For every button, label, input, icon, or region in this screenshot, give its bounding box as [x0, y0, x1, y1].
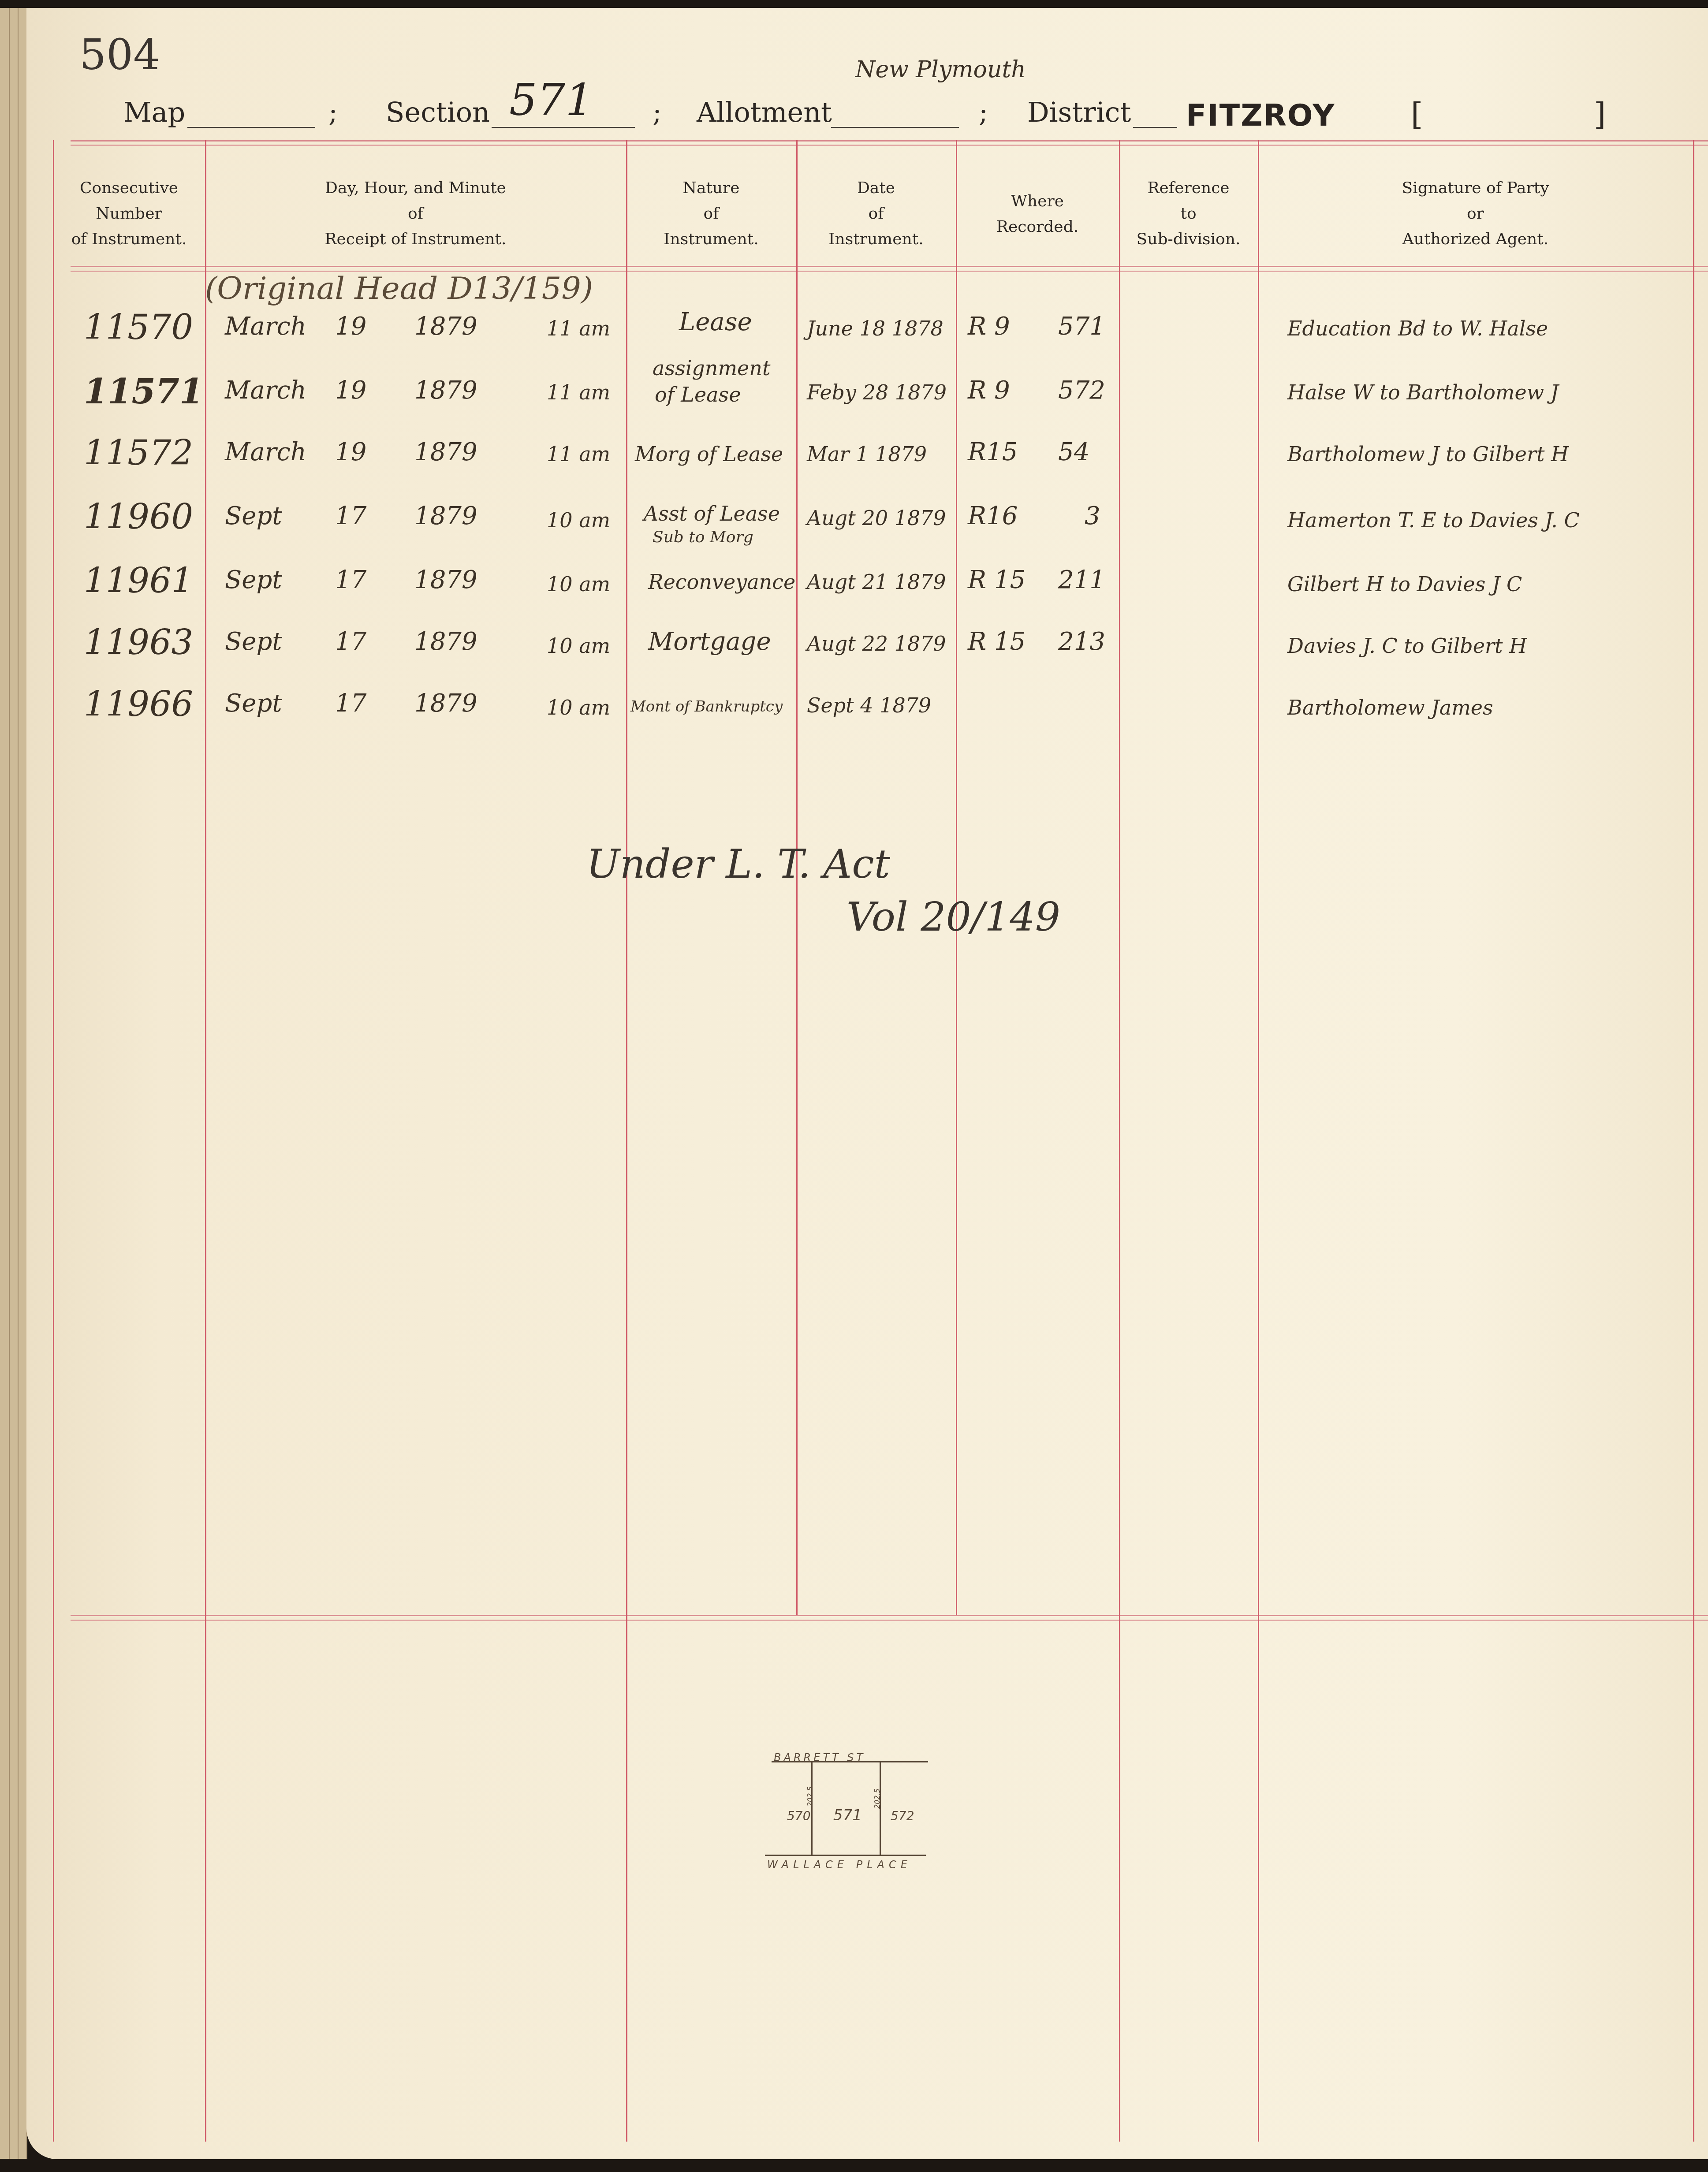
instrument-date: Mar 1 1879	[807, 442, 927, 466]
receipt-time: 11 am	[547, 380, 610, 404]
book-page-edge	[0, 8, 10, 2159]
signature: Halse W to Bartholomew J	[1287, 380, 1559, 404]
section-field[interactable]	[492, 127, 635, 128]
receipt-year: 1879	[414, 502, 477, 530]
receipt-day: 19	[335, 438, 366, 466]
signature: Bartholomew James	[1287, 696, 1493, 719]
receipt-year: 1879	[414, 689, 477, 718]
annotation-act: Under L. T. Act	[586, 841, 890, 887]
receipt-time: 10 am	[547, 572, 610, 596]
folio: 572	[1058, 376, 1105, 405]
book-page-edge	[10, 8, 19, 2159]
receipt-month: Sept	[225, 689, 282, 718]
lot-boundary-left	[811, 1761, 813, 1855]
column-rule	[1258, 140, 1259, 2142]
instrument-number: 11571	[84, 372, 203, 412]
page-number: 504	[79, 30, 160, 79]
nature: Asst of Lease	[644, 502, 780, 525]
receipt-month: March	[225, 312, 306, 341]
signature: Bartholomew J to Gilbert H	[1287, 442, 1569, 466]
signature: Hamerton T. E to Davies J. C	[1287, 508, 1580, 532]
instrument-date: Sept 4 1879	[807, 693, 931, 717]
instrument-number: 11570	[84, 308, 193, 347]
separator: ;	[328, 96, 338, 128]
column-rule	[205, 140, 206, 2142]
receipt-time: 10 am	[547, 696, 610, 719]
column-header-date: Date of Instrument.	[796, 175, 956, 252]
header-top-rule	[71, 140, 1708, 142]
bracket-close: ]	[1594, 96, 1606, 132]
receipt-time: 10 am	[547, 508, 610, 532]
folio: 571	[1058, 312, 1105, 341]
section-value: 571	[509, 74, 593, 126]
column-header-nature: Nature of Instrument.	[626, 175, 796, 252]
receipt-time: 11 am	[547, 442, 610, 466]
receipt-month: Sept	[225, 566, 282, 594]
allotment-note: New Plymouth	[855, 56, 1026, 83]
instrument-number: 11961	[84, 561, 193, 601]
column-header-reference: Reference to Sub-division.	[1119, 175, 1258, 252]
register: R 9	[968, 376, 1010, 405]
receipt-month: Sept	[225, 502, 282, 530]
instrument-date: Feby 28 1879	[807, 380, 947, 404]
column-rule	[626, 140, 627, 2142]
receipt-day: 17	[335, 689, 366, 718]
column-header-receipt: Day, Hour, and Minute of Receipt of Inst…	[205, 175, 626, 252]
receipt-year: 1879	[414, 312, 477, 341]
nature: Mortgage	[648, 627, 771, 656]
column-header-signature: Signature of Party or Authorized Agent.	[1258, 175, 1693, 252]
nature: Mont of Bankruptcy	[630, 698, 783, 715]
street-line-top	[772, 1761, 928, 1762]
receipt-day: 17	[335, 627, 366, 656]
receipt-day: 19	[335, 376, 366, 405]
district-value: FITZROY	[1186, 98, 1335, 133]
register: R 15	[968, 566, 1026, 594]
receipt-day: 19	[335, 312, 366, 341]
allotment-label: Allotment	[697, 96, 832, 128]
receipt-month: March	[225, 438, 306, 466]
column-rule	[1693, 140, 1694, 2142]
street-line-bottom	[765, 1855, 926, 1856]
lot-label-571: 571	[833, 1807, 862, 1824]
instrument-number: 11572	[84, 433, 193, 473]
register-page: 504 Map ; Section 571 ; Allotment New Pl…	[26, 8, 1708, 2159]
column-rule	[53, 140, 54, 2142]
section-divider-rule	[71, 1615, 1708, 1616]
receipt-day: 17	[335, 502, 366, 530]
separator: ;	[653, 96, 662, 128]
signature: Gilbert H to Davies J C	[1287, 572, 1522, 596]
bracket-open: [	[1411, 96, 1423, 132]
header-bottom-rule	[71, 266, 1708, 267]
section-label: Section	[386, 96, 490, 128]
dimension-left: 202.5	[806, 1786, 814, 1807]
folio: 54	[1058, 438, 1089, 466]
instrument-number: 11960	[84, 497, 193, 537]
folio: 3	[1085, 502, 1100, 530]
separator: ;	[979, 96, 988, 128]
receipt-year: 1879	[414, 438, 477, 466]
lot-label-572: 572	[891, 1809, 914, 1823]
lot-label-570: 570	[787, 1809, 810, 1823]
district-underline	[1133, 127, 1177, 128]
receipt-year: 1879	[414, 566, 477, 594]
dimension-right: 202.5	[873, 1788, 881, 1809]
nature: Morg of Lease	[635, 442, 783, 466]
instrument-number: 11966	[84, 685, 193, 724]
receipt-time: 11 am	[547, 317, 610, 340]
column-rule	[1119, 140, 1120, 2142]
instrument-date: June 18 1878	[807, 317, 944, 340]
folio: 211	[1058, 566, 1105, 594]
instrument-date: Augt 22 1879	[807, 632, 946, 656]
instrument-date: Augt 21 1879	[807, 570, 946, 594]
book-page-edge	[19, 8, 27, 2159]
column-rule	[956, 140, 957, 1615]
nature-line2: Sub to Morg	[653, 528, 753, 546]
register: R 15	[968, 627, 1026, 656]
column-header-where-recorded: Where Recorded.	[956, 189, 1119, 240]
signature: Davies J. C to Gilbert H	[1287, 634, 1527, 658]
allotment-field[interactable]	[831, 127, 959, 128]
register: R15	[968, 438, 1018, 466]
receipt-month: March	[225, 376, 306, 405]
signature: Education Bd to W. Halse	[1287, 317, 1548, 340]
receipt-month: Sept	[225, 627, 282, 656]
annotation-volume: Vol 20/149	[847, 894, 1060, 940]
original-head-note: (Original Head D13/159)	[205, 270, 593, 306]
section-divider-rule	[71, 1620, 1708, 1621]
receipt-year: 1879	[414, 627, 477, 656]
header-top-rule	[71, 145, 1708, 146]
map-label: Map	[123, 96, 185, 128]
district-label: District	[1027, 96, 1131, 128]
nature: assignment	[653, 356, 770, 380]
instrument-number: 11963	[84, 623, 193, 663]
instrument-date: Augt 20 1879	[807, 506, 946, 530]
map-field[interactable]	[187, 127, 315, 128]
register: R16	[968, 502, 1018, 530]
receipt-day: 17	[335, 566, 366, 594]
nature: Lease	[679, 308, 752, 336]
nature-line2: of Lease	[655, 383, 741, 406]
register: R 9	[968, 312, 1010, 341]
column-header-number: Consecutive Number of Instrument.	[53, 175, 205, 252]
receipt-time: 10 am	[547, 634, 610, 658]
folio: 213	[1058, 627, 1105, 656]
receipt-year: 1879	[414, 376, 477, 405]
nature: Reconveyance	[648, 570, 795, 594]
street-label-wallace: WALLACE PLACE	[767, 1859, 912, 1871]
